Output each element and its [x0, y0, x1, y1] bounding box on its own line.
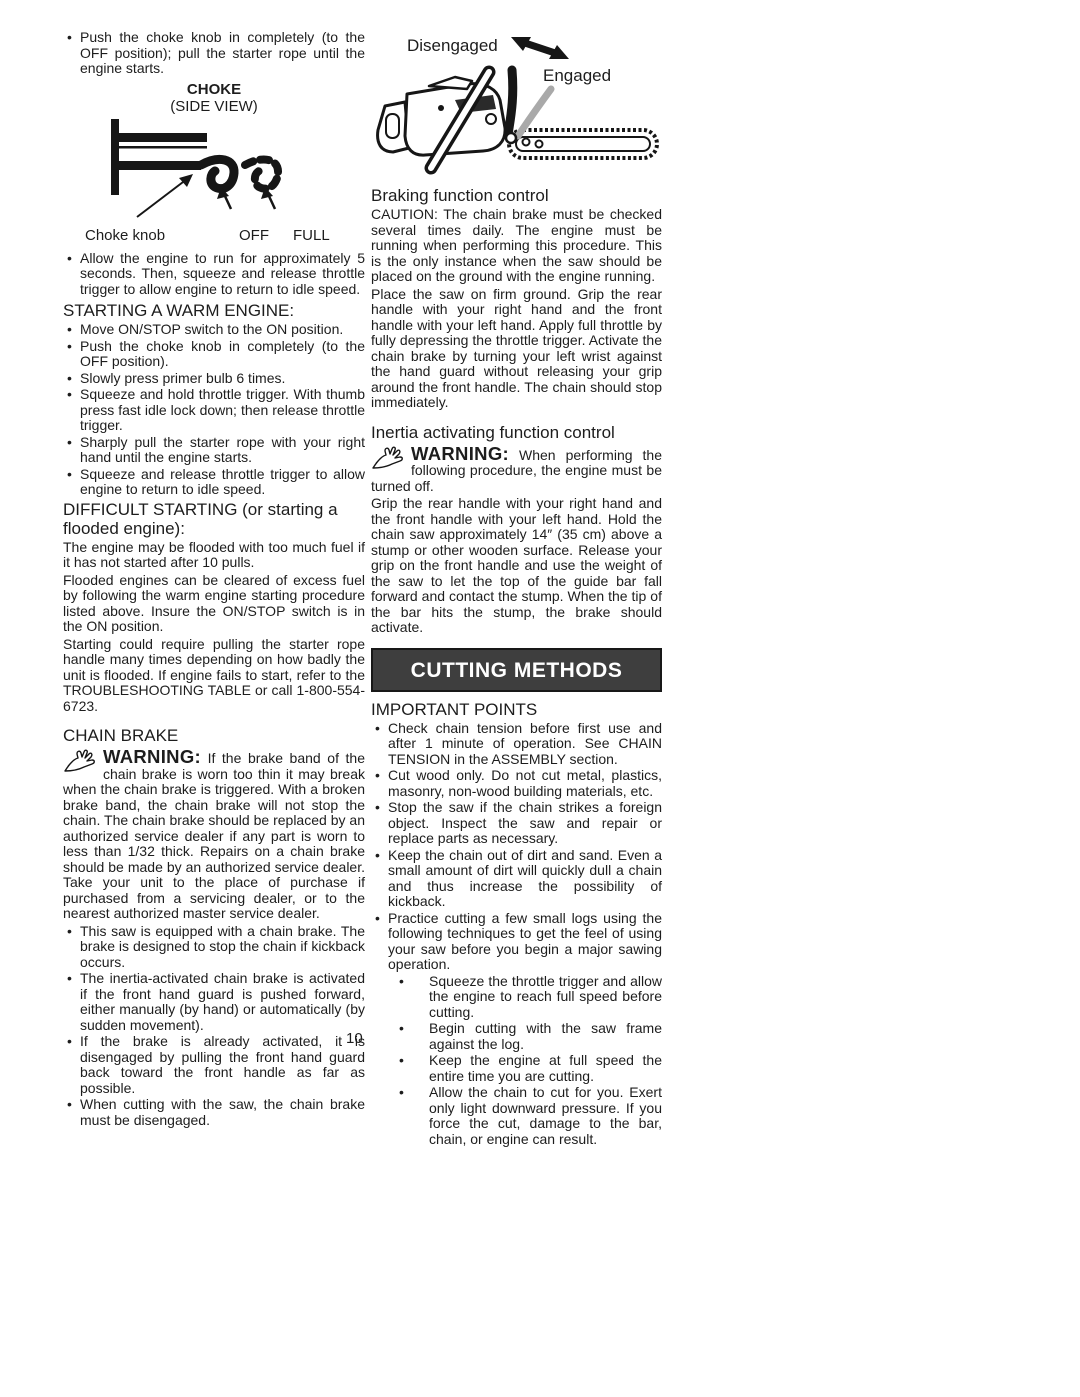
choke-figure-subtitle: (SIDE VIEW) [63, 98, 365, 115]
heading-inertia: Inertia activating function control [371, 423, 662, 442]
paragraph: Starting could require pulling the start… [63, 637, 365, 715]
sub-bullet-item: Keep the engine at full speed the entire… [371, 1053, 662, 1084]
inertia-warning: WARNING: When performing the following p… [371, 446, 662, 495]
bullet-item: Squeeze and hold throttle trigger. With … [63, 387, 365, 434]
bullet-item: Sharply pull the starter rope with your … [63, 435, 365, 466]
heading-chain-brake: CHAIN BRAKE [63, 726, 365, 745]
heading-difficult-starting: DIFFICULT STARTING (or starting a floode… [63, 500, 365, 538]
left-column: Push the choke knob in completely (to th… [63, 30, 365, 1129]
sub-bullet-item: Allow the chain to cut for you. Exert on… [371, 1085, 662, 1147]
chainsaw-diagram [371, 56, 662, 182]
choke-diagram [103, 117, 353, 222]
page-number: 10 [346, 1030, 363, 1047]
choke-figure: CHOKE (SIDE VIEW) Cho [63, 81, 365, 249]
caution-paragraph: CAUTION: The chain brake must be checked… [371, 207, 662, 285]
bullet-item: Check chain tension before first use and… [371, 721, 662, 768]
bullet-item: Slowly press primer bulb 6 times. [63, 371, 365, 387]
manual-page: Push the choke knob in completely (to th… [0, 0, 1080, 1397]
sub-bullet-item: Begin cutting with the saw frame against… [371, 1021, 662, 1052]
bullet-item: If the brake is already activated, it is… [63, 1034, 365, 1096]
warning-text: If the brake band of the chain brake is … [63, 750, 365, 921]
right-column: Disengaged Engaged [371, 30, 662, 1148]
disengaged-label: Disengaged [407, 36, 498, 56]
bullet-item: Stop the saw if the chain strikes a fore… [371, 800, 662, 847]
bullet-item: Squeeze and release throttle trigger to … [63, 467, 365, 498]
warning-label: WARNING: [411, 443, 509, 464]
bullet-item: Keep the chain out of dirt and sand. Eve… [371, 848, 662, 910]
chain-brake-figure: Disengaged Engaged [371, 30, 662, 182]
bullet-choke-knob: Push the choke knob in completely (to th… [63, 30, 365, 77]
paragraph: Flooded engines can be cleared of excess… [63, 573, 365, 635]
bullet-item: Cut wood only. Do not cut metal, plastic… [371, 768, 662, 799]
warning-hand-icon [63, 749, 99, 773]
heading-warm-engine: STARTING A WARM ENGINE: [63, 301, 365, 320]
paragraph: The engine may be flooded with too much … [63, 540, 365, 571]
bullet-item: When cutting with the saw, the chain bra… [63, 1097, 365, 1128]
bullet-item: Practice cutting a few small logs using … [371, 911, 662, 973]
bullet-item: The inertia-activated chain brake is act… [63, 971, 365, 1033]
cutting-methods-banner: CUTTING METHODS [371, 648, 662, 692]
choke-off-label: OFF [239, 227, 269, 244]
chain-brake-warning: WARNING: If the brake band of the chain … [63, 749, 365, 922]
paragraph: Place the saw on firm ground. Grip the r… [371, 287, 662, 411]
choke-figure-title: CHOKE [63, 81, 365, 98]
bullet-item: This saw is equipped with a chain brake.… [63, 924, 365, 971]
bullet-idle-speed: Allow the engine to run for approximatel… [63, 251, 365, 298]
bullet-item: Move ON/STOP switch to the ON position. [63, 322, 365, 338]
warning-label: WARNING: [103, 746, 201, 767]
paragraph: Grip the rear handle with your right han… [371, 496, 662, 636]
choke-full-label: FULL [293, 227, 330, 244]
sub-bullet-item: Squeeze the throttle trigger and allow t… [371, 974, 662, 1021]
bullet-item: Push the choke knob in completely (to th… [63, 339, 365, 370]
heading-braking-function: Braking function control [371, 186, 662, 205]
heading-important-points: IMPORTANT POINTS [371, 700, 662, 719]
choke-knob-label: Choke knob [85, 227, 165, 244]
warning-hand-icon [371, 446, 407, 470]
